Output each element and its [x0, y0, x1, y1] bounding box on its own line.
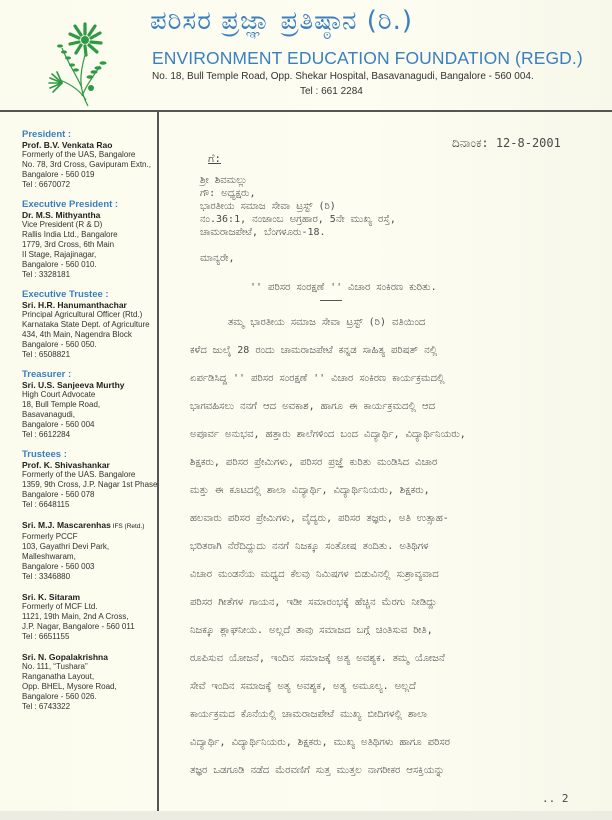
office-bearer-detail: Malleshwaram,: [22, 552, 157, 562]
body-line: ತಮ್ಮ ಭಾರತೀಯ ಸಮಾಜ ಸೇವಾ ಟ್ರಸ್ಟ್ (ರಿ) ವತಿಯಿ…: [190, 309, 608, 337]
office-bearer-detail: Bangalore - 560 050.: [22, 340, 157, 350]
org-address: No. 18, Bull Temple Road, Opp. Shekar Ho…: [152, 71, 534, 82]
office-bearer-detail: 434, 4th Main, Nagendra Block: [22, 330, 157, 340]
org-title-kannada: ಪರಿಸರ ಪ್ರಜ್ಞಾ ಪ್ರತಿಷ್ಠಾನ (ರಿ.): [150, 6, 530, 37]
recipient-line: ಭಾರತೀಯ ಸಮಾಜ ಸೇವಾ ಟ್ರಸ್ಟ್ (ರಿ): [200, 200, 396, 213]
office-bearer-name-text: Sri. H.R. Hanumanthachar: [22, 300, 127, 310]
office-bearer-detail: Formerly of MCF Ltd.: [22, 602, 157, 612]
body-line: ನಿಜಕ್ಕೂ ಶ್ಲಾಘನೀಯ. ಅಲ್ಲದೆ ತಾವು ಸಮಾಜದ ಬಗ್ಗ…: [190, 617, 608, 645]
office-bearer-detail: Bangalore - 560 019: [22, 170, 157, 180]
sidebar-divider: [157, 112, 159, 812]
office-bearers-sidebar: President :Prof. B.V. Venkata RaoFormerl…: [22, 130, 157, 722]
office-bearer-name: Prof. K. Shivashankar: [22, 460, 157, 470]
office-bearer-name: Sri. M.J. Mascarenhas IFS (Retd.): [22, 520, 157, 532]
office-bearer-name-text: Prof. K. Shivashankar: [22, 460, 110, 470]
org-title-english: ENVIRONMENT EDUCATION FOUNDATION (REGD.): [152, 48, 583, 69]
office-bearer-role: Treasurer :: [22, 370, 157, 380]
office-bearer-detail: Bangalore - 560 004: [22, 420, 157, 430]
subject-line: '' ಪರಿಸರ ಸಂರಕ್ಷಣೆ '' ವಿಚಾರ ಸಂಕಿರಣ ಕುರಿತು…: [250, 282, 437, 293]
office-bearer-name-text: Prof. B.V. Venkata Rao: [22, 140, 112, 150]
body-line: ವಿದ್ಯಾರ್ಥಿ, ವಿದ್ಯಾರ್ಥಿನಿಯರು, ಶಿಕ್ಷಕರು, ಮ…: [190, 729, 608, 757]
body-line: ಹಲವಾರು ಪರಿಸರ ಪ್ರೇಮಿಗಳು, ವೈದ್ಯರು, ಪರಿಸರ ತ…: [190, 505, 608, 533]
office-bearer: President :Prof. B.V. Venkata RaoFormerl…: [22, 130, 157, 190]
scan-edge: [0, 811, 612, 820]
office-bearer-name-text: Sri. M.J. Mascarenhas: [22, 520, 111, 530]
recipient-line: ಚಾಮರಾಜಪೇಟೆ, ಬೆಂಗಳೂರು-18.: [200, 226, 396, 239]
flower-logo-icon: [40, 8, 120, 108]
office-bearer-detail: Formerly PCCF: [22, 532, 157, 542]
office-bearer: Executive President :Dr. M.S. Mithyantha…: [22, 200, 157, 280]
office-bearer-detail: J.P. Nagar, Bangalore - 560 011: [22, 622, 157, 632]
office-bearer-detail: 1779, 3rd Cross, 6th Main: [22, 240, 157, 250]
body-line: ಭಾಗವಹಿಸಲು ನನಗೆ ಆದ ಅವಕಾಶ, ಹಾಗೂ ಈ ಕಾರ್ಯಕ್ರ…: [190, 393, 608, 421]
office-bearer-name: Sri. H.R. Hanumanthachar: [22, 300, 157, 310]
subject-underline: [320, 300, 342, 301]
body-line: ವಿಚಾರ ಮಂಡನೆಯ ಮಧ್ಯದ ಕೆಲವು ನಿಮಿಷಗಳ ಬಿಡುವಿನ…: [190, 561, 608, 589]
body-line: ಭರಿತರಾಗಿ ನೆರೆದಿದ್ದುದು ನನಗೆ ನಿಜಕ್ಕೂ ಸಂತೋಷ…: [190, 533, 608, 561]
office-bearer-detail: Tel : 6670072: [22, 180, 157, 190]
letter-date: ದಿನಾಂಕ: 12-8-2001: [452, 136, 561, 151]
body-line: ಮತ್ತು ಈ ಕೂಟದಲ್ಲಿ ಶಾಲಾ ವಿದ್ಯಾರ್ಥಿ, ವಿದ್ಯಾ…: [190, 477, 608, 505]
body-line: ಕಳೆದ ಜುಲೈ 28 ರಂದು ಚಾಮರಾಜಪೇಟೆ ಕನ್ನಡ ಸಾಹಿತ…: [190, 337, 608, 365]
letter-body: ದಿನಾಂಕ: 12-8-2001 ಗೆ: ಶ್ರೀ ಶಿವಮಲ್ಲು ಗೌ: …: [160, 112, 612, 812]
office-bearer-role: Executive President :: [22, 200, 157, 210]
office-bearer-detail: Bangalore - 560 026.: [22, 692, 157, 702]
office-bearer: Sri. K. SitaramFormerly of MCF Ltd.1121,…: [22, 592, 157, 642]
office-bearer-detail: Vice President (R & D): [22, 220, 157, 230]
body-line: ಏರ್ಪಡಿಸಿದ್ದ '' ಪರಿಸರ ಸಂರಕ್ಷಣೆ '' ವಿಚಾರ ಸ…: [190, 365, 608, 393]
office-bearer-name: Sri. U.S. Sanjeeva Murthy: [22, 380, 157, 390]
office-bearer-detail: Formerly of the UAS, Bangalore: [22, 150, 157, 160]
office-bearer: Sri. M.J. Mascarenhas IFS (Retd.)Formerl…: [22, 520, 157, 582]
recipient-line: ಗೌ: ಅಧ್ಯಕ್ಷರು,: [200, 187, 396, 200]
body-line: ರೂಪಿಸುವ ಯೋಜನೆ, ಇಂದಿನ ಸಮಾಜಕ್ಕೆ ಅತ್ಯ ಅವಶ್ಯ…: [190, 645, 608, 673]
office-bearer-detail: No. 78, 3rd Cross, Gavipuram Extn.,: [22, 160, 157, 170]
body-line: ಪರಿಸರ ಗೀತೆಗಳ ಗಾಯನ, ಇಡೀ ಸಮಾರಂಭಕ್ಕೆ ಹೆಚ್ಚಿ…: [190, 589, 608, 617]
office-bearer-name-text: Sri. K. Sitaram: [22, 592, 80, 602]
office-bearer-detail: II Stage, Rajajinagar,: [22, 250, 157, 260]
office-bearer: Treasurer :Sri. U.S. Sanjeeva MurthyHigh…: [22, 370, 157, 440]
office-bearer-name: Prof. B.V. Venkata Rao: [22, 140, 157, 150]
office-bearer-detail: Bangalore - 560 003: [22, 562, 157, 572]
org-telephone: Tel : 661 2284: [300, 86, 363, 97]
office-bearer-detail: Tel : 6508821: [22, 350, 157, 360]
office-bearer-detail: Karnataka State Dept. of Agriculture: [22, 320, 157, 330]
body-line: ಕಾರ್ಯಕ್ರಮದ ಕೊನೆಯಲ್ಲಿ ಚಾಮರಾಜಪೇಟೆ ಮುಖ್ಯ ಬೀ…: [190, 701, 608, 729]
office-bearer-detail: 18, Bull Temple Road,: [22, 400, 157, 410]
office-bearer: Executive Trustee :Sri. H.R. Hanumanthac…: [22, 290, 157, 360]
office-bearer-name-text: Sri. N. Gopalakrishna: [22, 652, 108, 662]
office-bearer: Sri. N. GopalakrishnaNo. 111, “Tushara”R…: [22, 652, 157, 712]
office-bearer-detail: Rallis India Ltd., Bangalore: [22, 230, 157, 240]
office-bearer-detail: Bangalore - 560 078: [22, 490, 157, 500]
office-bearer-detail: Tel : 6612284: [22, 430, 157, 440]
office-bearer-detail: Tel : 6648115: [22, 500, 157, 510]
to-label: ಗೆ:: [208, 152, 221, 166]
recipient-line: ಶ್ರೀ ಶಿವಮಲ್ಲು: [200, 174, 396, 187]
office-bearer-detail: Tel : 6651155: [22, 632, 157, 642]
office-bearer-name-suffix: IFS (Retd.): [111, 523, 145, 530]
office-bearer-detail: High Court Advocate: [22, 390, 157, 400]
office-bearer-role: Executive Trustee :: [22, 290, 157, 300]
body-line: ತಜ್ಞರ ಒಡಗೂಡಿ ನಡೆದ ಮೆರವಣಿಗೆ ಸುತ್ತ ಮುತ್ತಲ …: [190, 757, 608, 785]
office-bearer-detail: Ranganatha Layout,: [22, 672, 157, 682]
office-bearer-role: President :: [22, 130, 157, 140]
office-bearer-detail: Bangalore - 560 010.: [22, 260, 157, 270]
body-line: ಸೇವೆ ಇಂದಿನ ಸಮಾಜಕ್ಕೆ ಅತ್ಯ ಅವಶ್ಯಕ, ಅತ್ಯ ಅಮ…: [190, 673, 608, 701]
office-bearer-name-text: Sri. U.S. Sanjeeva Murthy: [22, 380, 125, 390]
office-bearer-detail: Tel : 3346880: [22, 572, 157, 582]
salutation: ಮಾನ್ಯರೇ,: [200, 253, 235, 264]
office-bearer-detail: 1359, 9th Cross, J.P. Nagar 1st Phase: [22, 480, 157, 490]
office-bearer: Trustees :Prof. K. ShivashankarFormerly …: [22, 450, 157, 510]
office-bearer-role: Trustees :: [22, 450, 157, 460]
office-bearer-detail: Basavanagudi,: [22, 410, 157, 420]
recipient-line: ನಂ.36:1, ನಂಜಾಂಬ ಅಗ್ರಹಾರ, 5ನೇ ಮುಖ್ಯ ರಸ್ತೆ…: [200, 213, 396, 226]
recipient-address: ಶ್ರೀ ಶಿವಮಲ್ಲು ಗೌ: ಅಧ್ಯಕ್ಷರು, ಭಾರತೀಯ ಸಮಾಜ…: [200, 174, 396, 239]
office-bearer-name: Sri. K. Sitaram: [22, 592, 157, 602]
body-line: ಶಿಕ್ಷಕರು, ಪರಿಸರ ಪ್ರೇಮಿಗಳು, ಪರಿಸರ ಪ್ರಜ್ಞೆ…: [190, 449, 608, 477]
office-bearer-detail: Formerly of the UAS. Bangalore: [22, 470, 157, 480]
office-bearer-detail: 1121, 19th Main, 2nd A Cross,: [22, 612, 157, 622]
office-bearer-detail: Opp. BHEL, Mysore Road,: [22, 682, 157, 692]
office-bearer-detail: No. 111, “Tushara”: [22, 662, 157, 672]
office-bearer-name: Dr. M.S. Mithyantha: [22, 210, 157, 220]
office-bearer-detail: Tel : 6743322: [22, 702, 157, 712]
office-bearer-name: Sri. N. Gopalakrishna: [22, 652, 157, 662]
body-line: ಅಪೂರ್ವ ಅನುಭವ, ಹತ್ತಾರು ಶಾಲೆಗಳಿಂದ ಬಂದ ವಿದ್…: [190, 421, 608, 449]
office-bearer-detail: Principal Agricultural Officer (Rtd.): [22, 310, 157, 320]
office-bearer-name-text: Dr. M.S. Mithyantha: [22, 210, 100, 220]
body-paragraph: ತಮ್ಮ ಭಾರತೀಯ ಸಮಾಜ ಸೇವಾ ಟ್ರಸ್ಟ್ (ರಿ) ವತಿಯಿ…: [190, 309, 608, 785]
office-bearer-detail: Tel : 3328181: [22, 270, 157, 280]
office-bearer-detail: 103, Gayathri Devi Park,: [22, 542, 157, 552]
page-continuation: .. 2: [542, 792, 569, 805]
